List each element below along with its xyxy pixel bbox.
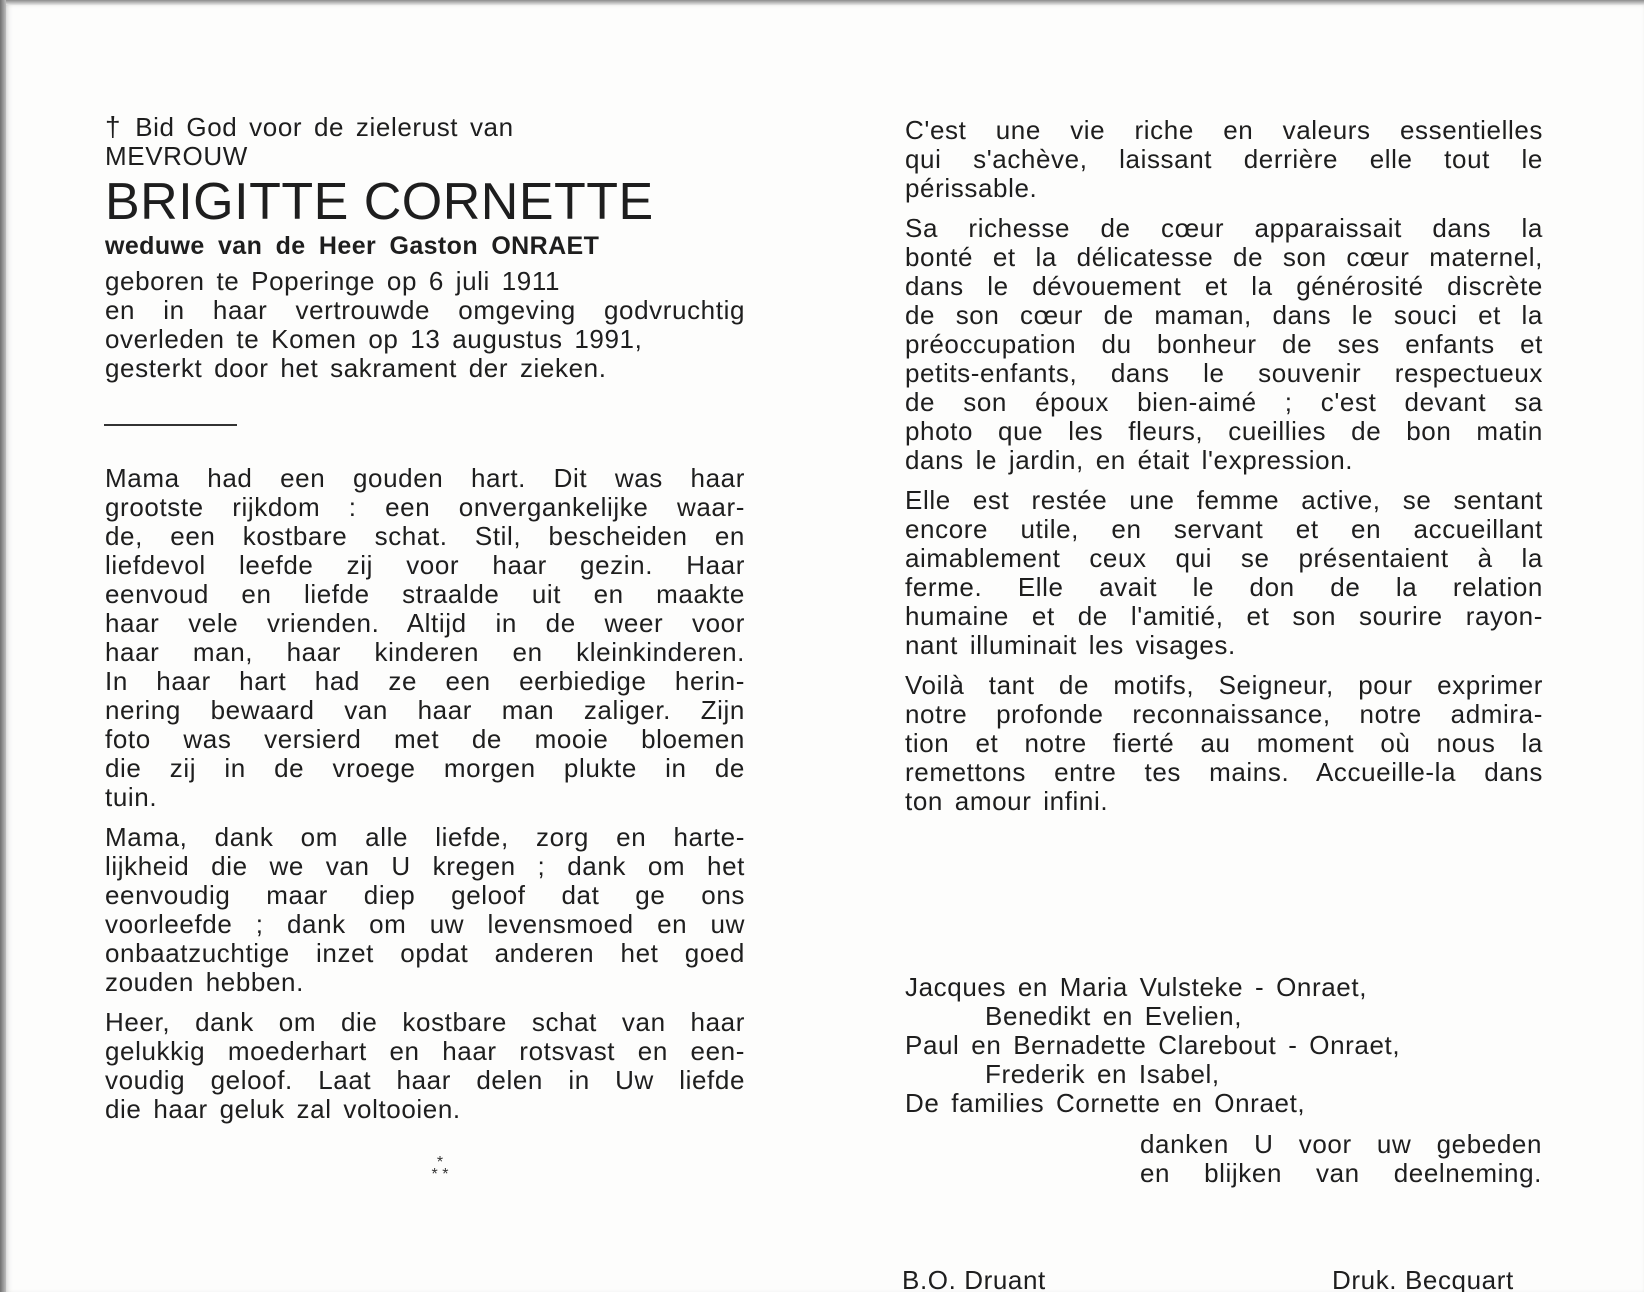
prayer-line: †Bid God voor de zielerust van xyxy=(105,112,745,142)
text-line: périssable. xyxy=(905,174,1543,203)
text-line: notre profonde reconnaissance, notre adm… xyxy=(905,700,1543,729)
text-line: encore utile, en servant et en accueilla… xyxy=(905,515,1543,544)
printer-name: Druk. Becquart xyxy=(1332,1265,1514,1292)
family-line: Benedikt en Evelien, xyxy=(905,1002,1543,1031)
bio-line: overleden te Komen op 13 augustus 1991, xyxy=(105,325,745,354)
text-line: petits-enfants, dans le souvenir respect… xyxy=(905,359,1543,388)
text-line: ferme. Elle avait le don de la relation xyxy=(905,573,1543,602)
funeral-home: B.O. Druant xyxy=(902,1265,1046,1292)
family-line: Jacques en Maria Vulsteke - Onraet, xyxy=(905,973,1543,1002)
text-line: dans le jardin, en était l'expression. xyxy=(905,446,1543,475)
paragraph: Mama, dank om alle liefde, zorg en harte… xyxy=(105,823,745,997)
text-line: eenvoud en liefde straalde uit en maakte xyxy=(105,580,745,609)
text-line: onbaatzuchtige inzet opdat anderen het g… xyxy=(105,939,745,968)
text-line: haar man, haar kinderen en kleinkinderen… xyxy=(105,638,745,667)
bio-line: en in haar vertrouwde omgeving godvrucht… xyxy=(105,296,745,325)
text-line: In haar hart had ze een eerbiedige herin… xyxy=(105,667,745,696)
card-top-edge xyxy=(0,0,1644,5)
paragraph: Mama had een gouden hart. Dit was haargr… xyxy=(105,464,745,812)
text-line: bonté et la délicatesse de son cœur mate… xyxy=(905,243,1543,272)
text-line: photo que les fleurs, cueillies de bon m… xyxy=(905,417,1543,446)
text-line: grootste rijkdom : een onvergankelijke w… xyxy=(105,493,745,522)
text-line: humaine et de l'amitié, et son sourire r… xyxy=(905,602,1543,631)
bio-line: geboren te Poperinge op 6 juli 1911 xyxy=(105,267,745,296)
cross-icon: † xyxy=(105,111,121,142)
paragraph: Elle est restée une femme active, se sen… xyxy=(905,486,1543,660)
text-line: zouden hebben. xyxy=(105,968,745,997)
card-left-edge xyxy=(0,0,6,1292)
text-line: foto was versierd met de mooie bloemen xyxy=(105,725,745,754)
text-line: de son cœur de maman, dans le souci et l… xyxy=(905,301,1543,330)
text-line: eenvoudig maar diep geloof dat ge ons xyxy=(105,881,745,910)
text-line: ton amour infini. xyxy=(905,787,1543,816)
text-line: voudig geloof. Laat haar delen in Uw lie… xyxy=(105,1066,745,1095)
paragraph: Voilà tant de motifs, Seigneur, pour exp… xyxy=(905,671,1543,816)
thanks-block: danken U voor uw gebedenen blijken van d… xyxy=(1140,1130,1542,1188)
asterism-ornament: ** * xyxy=(425,1157,455,1181)
text-line: tion et notre fierté au moment où nous l… xyxy=(905,729,1543,758)
text-line: préoccupation du bonheur de ses enfants … xyxy=(905,330,1543,359)
text-line: nering bewaard van haar man zaliger. Zij… xyxy=(105,696,745,725)
biography: geboren te Poperinge op 6 juli 1911 en i… xyxy=(105,267,745,383)
text-line: aimablement ceux qui se présentaient à l… xyxy=(905,544,1543,573)
family-line: Frederik en Isabel, xyxy=(905,1060,1543,1089)
widow-line: weduwe van de Heer Gaston ONRAET xyxy=(105,231,745,261)
text-line: lijkheid die we van U kregen ; dank om h… xyxy=(105,852,745,881)
text-line: gelukkig moederhart en haar rotsvast en … xyxy=(105,1037,745,1066)
text-line: de son époux bien-aimé ; c'est devant sa xyxy=(905,388,1543,417)
deceased-name: BRIGITTE CORNETTE xyxy=(105,173,745,231)
family-line: De families Cornette en Onraet, xyxy=(905,1089,1543,1118)
prayer-text: Bid God voor de zielerust van xyxy=(135,112,513,142)
text-line: qui s'achève, laissant derrière elle tou… xyxy=(905,145,1543,174)
text-line: Elle est restée une femme active, se sen… xyxy=(905,486,1543,515)
left-column: †Bid God voor de zielerust van MEVROUW B… xyxy=(105,112,745,383)
text-line: die haar geluk zal voltooien. xyxy=(105,1095,745,1124)
text-line: Mama had een gouden hart. Dit was haar xyxy=(105,464,745,493)
title-mevrouw: MEVROUW xyxy=(105,142,745,171)
text-line: de, een kostbare schat. Stil, bescheiden… xyxy=(105,522,745,551)
text-line: nant illuminait les visages. xyxy=(905,631,1543,660)
family-line: Paul en Bernadette Clarebout - Onraet, xyxy=(905,1031,1543,1060)
text-line: dans le dévouement et la générosité disc… xyxy=(905,272,1543,301)
thanks-line: en blijken van deelneming. xyxy=(1140,1159,1542,1188)
text-line: Heer, dank om die kostbare schat van haa… xyxy=(105,1008,745,1037)
text-line: liefdevol leefde zij voor haar gezin. Ha… xyxy=(105,551,745,580)
dutch-text: Mama had een gouden hart. Dit was haargr… xyxy=(105,464,745,1135)
paragraph: Heer, dank om die kostbare schat van haa… xyxy=(105,1008,745,1124)
divider-line xyxy=(104,424,237,426)
text-line: Sa richesse de cœur apparaissait dans la xyxy=(905,214,1543,243)
french-text: C'est une vie riche en valeurs essentiel… xyxy=(905,116,1543,827)
text-line: Mama, dank om alle liefde, zorg en harte… xyxy=(105,823,745,852)
paragraph: C'est une vie riche en valeurs essentiel… xyxy=(905,116,1543,203)
text-line: Voilà tant de motifs, Seigneur, pour exp… xyxy=(905,671,1543,700)
thanks-line: danken U voor uw gebeden xyxy=(1140,1130,1542,1159)
text-line: haar vele vrienden. Altijd in de weer vo… xyxy=(105,609,745,638)
text-line: remettons entre tes mains. Accueille-la … xyxy=(905,758,1543,787)
paragraph: Sa richesse de cœur apparaissait dans la… xyxy=(905,214,1543,475)
family-list: Jacques en Maria Vulsteke - Onraet,Bened… xyxy=(905,973,1543,1118)
bio-line: gesterkt door het sakrament der zieken. xyxy=(105,354,745,383)
text-line: die zij in de vroege morgen plukte in de xyxy=(105,754,745,783)
memorial-card: †Bid God voor de zielerust van MEVROUW B… xyxy=(0,0,1644,1292)
text-line: C'est une vie riche en valeurs essentiel… xyxy=(905,116,1543,145)
text-line: tuin. xyxy=(105,783,745,812)
text-line: voorleefde ; dank om uw levensmoed en uw xyxy=(105,910,745,939)
